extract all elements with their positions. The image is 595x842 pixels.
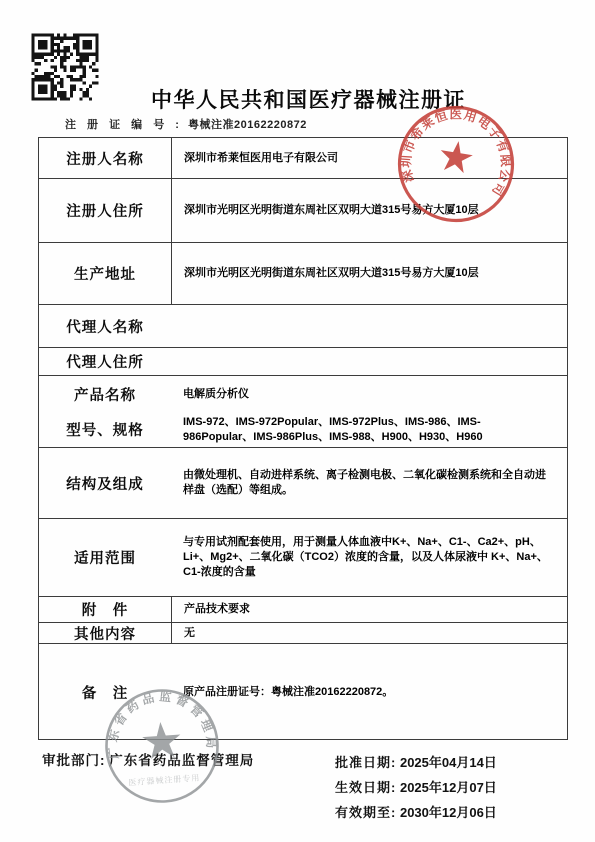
table-row-agent-address: 代理人住所 bbox=[39, 348, 567, 376]
approval-department-label: 审批部门: bbox=[42, 753, 106, 768]
table-row-intended-use: 适用范围 与专用试剂配套使用，用于测量人体血液中K+、Na+、C1-、Ca2+、… bbox=[39, 519, 567, 597]
row-label: 其他内容 bbox=[39, 623, 171, 643]
star-icon bbox=[141, 721, 182, 760]
date-block: 批准日期: 2025年04月14日 生效日期: 2025年12月07日 有效期至… bbox=[335, 752, 497, 827]
row-value: 产品技术要求 bbox=[171, 597, 567, 622]
approval-seal: 广东省药品监督管理局 医疗器械注册专用 bbox=[99, 683, 225, 809]
certificate-number: 注 册 证 编 号 : 粤械注准20162220872 bbox=[65, 116, 307, 132]
row-label: 附 件 bbox=[39, 597, 171, 622]
registration-certificate-page: 中华人民共和国医疗器械注册证 注 册 证 编 号 : 粤械注准201622208… bbox=[0, 0, 595, 842]
table-row-model-spec: 型号、规格 IMS-972、IMS-972Popular、IMS-972Plus… bbox=[39, 412, 567, 448]
expiry-date-label: 有效期至: bbox=[335, 805, 396, 820]
row-value: IMS-972、IMS-972Popular、IMS-972Plus、IMS-9… bbox=[171, 412, 567, 447]
effective-date-label: 生效日期: bbox=[335, 780, 396, 795]
table-row-production-address: 生产地址 深圳市光明区光明街道东周社区双明大道315号易方大厦10层 bbox=[39, 243, 567, 305]
row-value: 与专用试剂配套使用，用于测量人体血液中K+、Na+、C1-、Ca2+、pH、Li… bbox=[171, 519, 567, 596]
approval-date-value: 2025年04月14日 bbox=[400, 755, 497, 770]
approval-date-label: 批准日期: bbox=[335, 755, 396, 770]
effective-date-row: 生效日期: 2025年12月07日 bbox=[335, 777, 497, 796]
row-value: 电解质分析仪 bbox=[171, 376, 567, 412]
row-label: 代理人名称 bbox=[39, 305, 171, 347]
row-label: 注册人住所 bbox=[39, 179, 171, 242]
table-row-structure: 结构及组成 由微处理机、自动进样系统、离子检测电极、二氧化碳检测系统和全自动进样… bbox=[39, 448, 567, 519]
row-value: 无 bbox=[171, 623, 567, 643]
company-seal: 深圳市希莱恒医用电子有限公司 bbox=[384, 92, 528, 236]
effective-date-value: 2025年12月07日 bbox=[400, 780, 497, 795]
row-label: 产品名称 bbox=[39, 376, 171, 412]
row-label: 代理人住所 bbox=[39, 348, 171, 375]
certificate-number-label: 注 册 证 编 号 : bbox=[65, 119, 183, 131]
row-label: 生产地址 bbox=[39, 243, 171, 304]
table-row-agent-name: 代理人名称 bbox=[39, 305, 567, 348]
star-icon bbox=[438, 139, 475, 174]
expiry-date-value: 2030年12月06日 bbox=[400, 805, 497, 820]
certificate-number-value: 粤械注准20162220872 bbox=[188, 119, 307, 131]
row-label: 型号、规格 bbox=[39, 412, 171, 447]
row-value bbox=[171, 348, 567, 375]
row-value bbox=[171, 305, 567, 347]
row-label: 适用范围 bbox=[39, 519, 171, 596]
approval-seal-subtext: 医疗器械注册专用 bbox=[128, 772, 201, 787]
row-value: 原产品注册证号：粤械注准20162220872。 bbox=[171, 644, 567, 741]
row-value: 深圳市光明区光明街道东周社区双明大道315号易方大厦10层 bbox=[171, 243, 567, 304]
row-label: 注册人名称 bbox=[39, 138, 171, 178]
row-value: 由微处理机、自动进样系统、离子检测电极、二氧化碳检测系统和全自动进样盘（选配）等… bbox=[171, 448, 567, 518]
table-row-attachment: 附 件 产品技术要求 bbox=[39, 597, 567, 623]
table-row-product-name: 产品名称 电解质分析仪 bbox=[39, 376, 567, 412]
row-label: 结构及组成 bbox=[39, 448, 171, 518]
approval-date-row: 批准日期: 2025年04月14日 bbox=[335, 752, 497, 771]
expiry-date-row: 有效期至: 2030年12月06日 bbox=[335, 802, 497, 821]
table-row-other-content: 其他内容 无 bbox=[39, 623, 567, 644]
